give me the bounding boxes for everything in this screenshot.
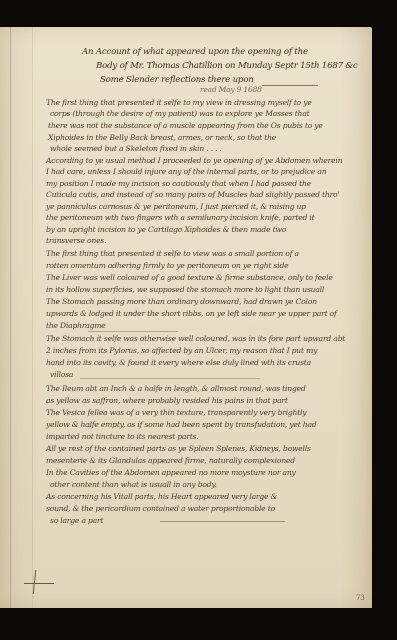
- manuscript-line: Xiphoides in the Belly Back breast, arme…: [48, 133, 276, 142]
- manuscript-line: hand into its cavity, & found it every w…: [46, 358, 311, 367]
- section-rule: [80, 378, 260, 379]
- binding-fold-line: [10, 27, 11, 608]
- manuscript-line: The first thing that presented it selfe …: [46, 249, 299, 258]
- manuscript-line: whole seemed but a Skeleton fixed in ski…: [50, 144, 222, 153]
- manuscript-line: upwards & lodged it under the short ribb…: [46, 309, 337, 318]
- manuscript-line: The Ileum abt an Inch & a halfe in lengt…: [46, 384, 306, 393]
- manuscript-line: my position I made my incision so cautio…: [46, 179, 311, 188]
- manuscript-line: corps (through the desire of my patient)…: [50, 109, 309, 118]
- manuscript-line: ye panniculus carnosus & ye peritoneum, …: [46, 202, 306, 211]
- binding-fold-line-inner: [32, 27, 33, 608]
- folio-number: 73: [356, 594, 365, 602]
- manuscript-line: other content than what is usuall in any…: [50, 480, 217, 489]
- manuscript-line: Cuticula cutis, and instead of so many p…: [46, 190, 339, 199]
- heading-line-1: An Account of what appeared upon the ope…: [82, 47, 308, 57]
- manuscript-line: as yellow as saffron, where probably res…: [46, 396, 288, 405]
- manuscript-line: 2 inches from its Pylorus, so affected b…: [46, 346, 317, 355]
- section-rule: [88, 331, 178, 332]
- manuscript-line: The Vesica fellea was of a very thin tex…: [46, 408, 306, 417]
- manuscript-line: According to ye usual method I proceeded…: [46, 156, 342, 165]
- manuscript-line: yellow & halfe empty, as if some had bee…: [46, 420, 316, 429]
- manuscript-line: sound, & the pericardium contained a wat…: [46, 504, 275, 513]
- manuscript-line: the peritoneum wth two fingers wth a sem…: [46, 213, 314, 222]
- manuscript-line: transverse ones.: [46, 236, 106, 245]
- manuscript-line: in its hollow superficies, we supposed t…: [46, 285, 324, 294]
- manuscript-line: so large a part: [50, 516, 103, 525]
- heading-line-2: Body of Mr. Thomas Chatillion on Munday …: [96, 61, 357, 71]
- manuscript-line: imparted not tincture to its nearest par…: [46, 432, 199, 441]
- manuscript-scan: An Account of what appeared upon the ope…: [0, 0, 397, 640]
- manuscript-line: rotten omentum adhering firmly to ye per…: [46, 261, 288, 270]
- manuscript-line: by an upright incision to ye Cartilago X…: [46, 225, 286, 234]
- read-date-note: read May 9 1688: [200, 85, 262, 94]
- manuscript-page: An Account of what appeared upon the ope…: [0, 27, 372, 608]
- manuscript-line: there was not the substance of a muscle …: [48, 121, 323, 130]
- margin-cross-mark-bar: [24, 583, 54, 584]
- manuscript-line: In the Cavities of the Abdomen appeared …: [46, 468, 296, 477]
- manuscript-line: The Stomach it selfe was otherwise well …: [46, 334, 345, 343]
- manuscript-line: All ye rest of the contained parts as ye…: [46, 444, 311, 453]
- closing-rule: [160, 521, 285, 522]
- heading-line-3: Some Slender reflections there upon: [100, 75, 254, 85]
- manuscript-line: As concerning his Vitall parts, his Hear…: [46, 492, 277, 501]
- manuscript-line: The first thing that presented it selfe …: [46, 98, 312, 107]
- manuscript-line: mesenterie & its Glandulas appeared firm…: [46, 456, 295, 465]
- manuscript-line: The Liver was well coloured of a good te…: [46, 273, 333, 282]
- manuscript-line: the Diaphragme: [46, 321, 106, 330]
- manuscript-line: I had care, unless I should injure any o…: [46, 167, 326, 176]
- manuscript-line: villosa: [50, 370, 73, 379]
- heading-rule: [262, 85, 318, 86]
- manuscript-line: The Stomach passing more than ordinary d…: [46, 297, 317, 306]
